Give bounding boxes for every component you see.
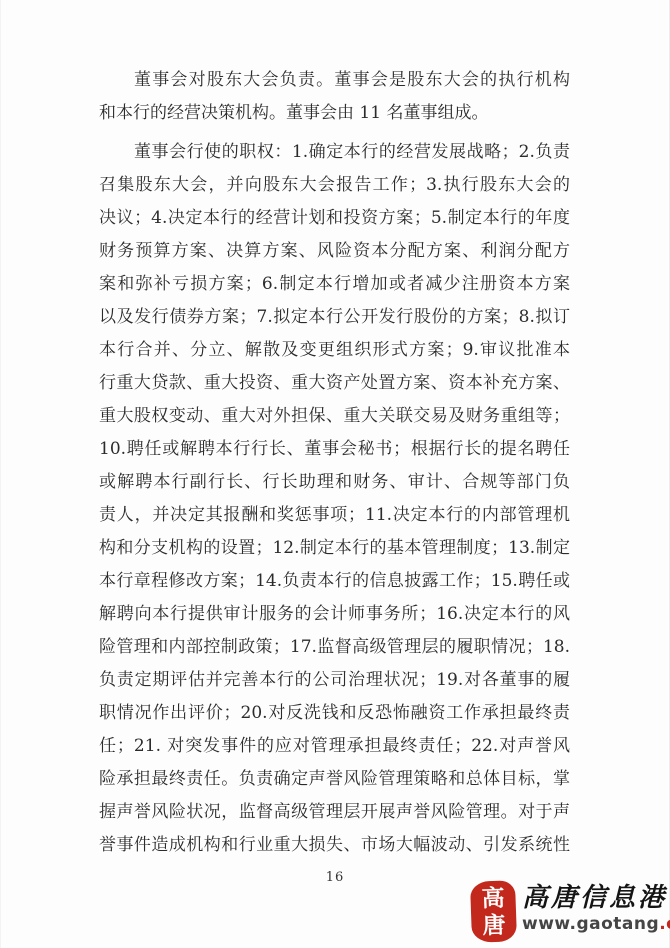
text-line: 负责定期评估并完善本行的公司治理状况；19.对各董事的履 (99, 664, 570, 697)
text-line: 握声誉风险状况，监督高级管理层开展声誉风险管理。对于声 (99, 796, 570, 829)
text-line: 或解聘本行副行长、行长助理和财务、审计、合规等部门负 (99, 466, 570, 499)
scanned-document-page: 董事会对股东大会负责。董事会是股东大会的执行机构和本行的经营决策机构。董事会由 … (0, 0, 670, 948)
text-line: 决议；4.决定本行的经营计划和投资方案；5.制定本行的年度 (99, 202, 570, 235)
watermark-site-url: www.gaotang.cc (522, 915, 670, 934)
text-line: 10.聘任或解聘本行行长、董事会秘书；根据行长的提名聘任 (99, 433, 570, 466)
url-suffix: .cc (659, 914, 670, 934)
text-line: 解聘向本行提供审计服务的会计师事务所；16.决定本行的风 (99, 598, 570, 631)
text-line: 险管理和内部控制政策；17.监督高级管理层的履职情况；18. (99, 631, 570, 664)
text-line: 董事会对股东大会负责。董事会是股东大会的执行机构 (99, 64, 570, 97)
text-line: 本行章程修改方案；14.负责本行的信息披露工作；15.聘任或 (99, 565, 570, 598)
seal-char-bottom: 唐 (482, 911, 506, 939)
paragraph: 董事会对股东大会负责。董事会是股东大会的执行机构和本行的经营决策机构。董事会由 … (99, 64, 570, 130)
seal-char-top: 高 (481, 884, 505, 912)
text-line: 董事会行使的职权：1.确定本行的经营发展战略；2.负责 (99, 136, 570, 169)
site-watermark: 高 唐 高唐信息港 www.gaotang.cc (471, 881, 670, 942)
gaotang-seal-icon: 高 唐 (470, 880, 517, 943)
text-line: 和本行的经营决策机构。董事会由 11 名董事组成。 (99, 97, 570, 130)
text-line: 以及发行债券方案；7.拟定本行公开发行股份的方案；8.拟订 (99, 301, 570, 334)
url-prefix: www.gaotang (522, 914, 659, 934)
watermark-site-name: 高唐信息港 (522, 882, 670, 915)
text-line: 重大股权变动、重大对外担保、重大关联交易及财务重组等； (99, 400, 570, 433)
text-line: 案和弥补亏损方案；6.制定本行增加或者减少注册资本方案 (99, 268, 570, 301)
text-line: 财务预算方案、决算方案、风险资本分配方案、利润分配方 (99, 235, 570, 268)
text-line: 任；21. 对突发事件的应对管理承担最终责任；22.对声誉风 (99, 730, 570, 763)
text-line: 本行合并、分立、解散及变更组织形式方案；9.审议批准本 (99, 334, 570, 367)
text-line: 构和分支机构的设置；12.制定本行的基本管理制度；13.制定 (99, 532, 570, 565)
text-line: 职情况作出评价；20.对反洗钱和反恐怖融资工作承担最终责 (99, 697, 570, 730)
text-line: 险承担最终责任。负责确定声誉风险管理策略和总体目标，掌 (99, 763, 570, 796)
text-line: 行重大贷款、重大投资、重大资产处置方案、资本补充方案、 (99, 367, 570, 400)
paragraph: 董事会行使的职权：1.确定本行的经营发展战略；2.负责召集股东大会，并向股东大会… (99, 136, 570, 862)
text-line: 誉事件造成机构和行业重大损失、市场大幅波动、引发系统性 (99, 829, 570, 862)
document-body-text: 董事会对股东大会负责。董事会是股东大会的执行机构和本行的经营决策机构。董事会由 … (99, 64, 570, 862)
watermark-text-block: 高唐信息港 www.gaotang.cc (522, 881, 670, 934)
text-line: 责人，并决定其报酬和奖惩事项；11.决定本行的内部管理机 (99, 499, 570, 532)
text-line: 召集股东大会，并向股东大会报告工作；3.执行股东大会的 (99, 169, 570, 202)
